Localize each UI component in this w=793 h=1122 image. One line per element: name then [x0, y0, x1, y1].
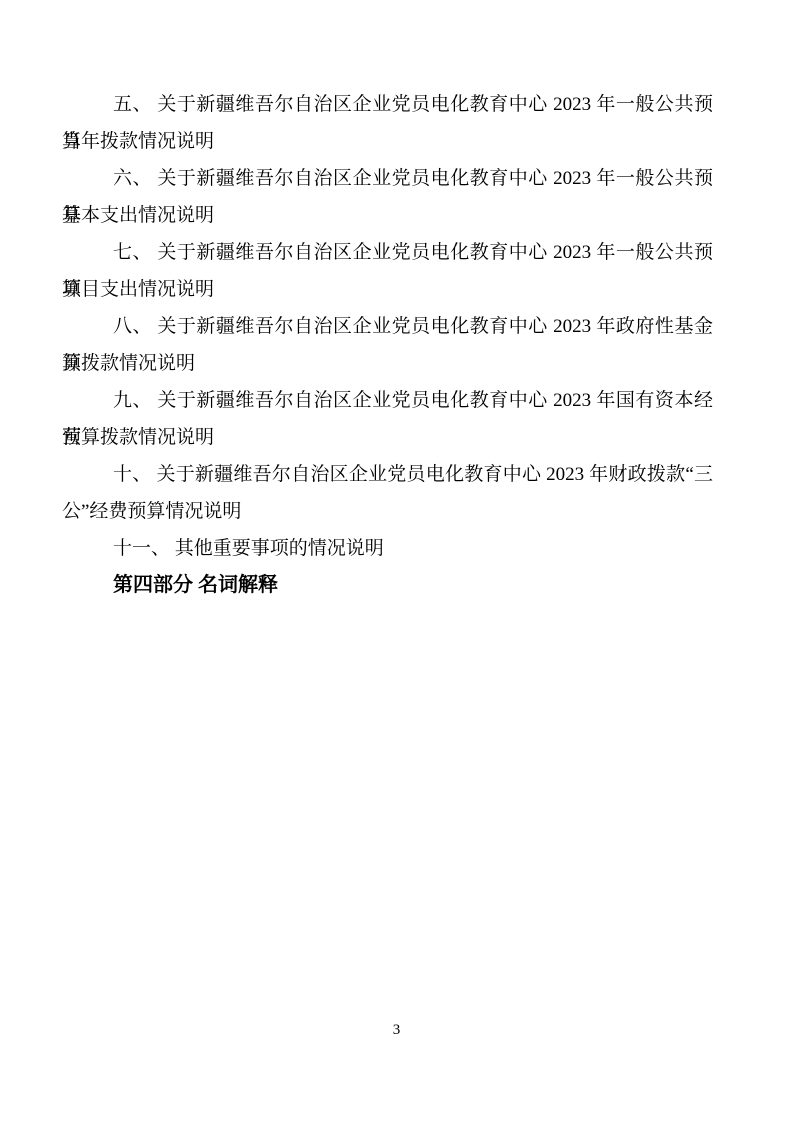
toc-item-11-line-1: 十一、 其他重要事项的情况说明: [62, 530, 713, 567]
toc-item-6-line-1: 六、 关于新疆维吾尔自治区企业党员电化教育中心 2023 年一般公共预算: [62, 160, 713, 197]
document-page: 五、 关于新疆维吾尔自治区企业党员电化教育中心 2023 年一般公共预算 当年拨…: [0, 0, 793, 1122]
page-number: 3: [0, 1020, 793, 1040]
section-heading: 第四部分 名词解释: [62, 567, 713, 604]
toc-item-10-line-2: 公”经费预算情况说明: [62, 493, 713, 530]
toc-item-10-line-1: 十、 关于新疆维吾尔自治区企业党员电化教育中心 2023 年财政拨款“三: [62, 456, 713, 493]
toc-item-7-line-1: 七、 关于新疆维吾尔自治区企业党员电化教育中心 2023 年一般公共预算: [62, 234, 713, 271]
toc-item-8-line-1: 八、 关于新疆维吾尔自治区企业党员电化教育中心 2023 年政府性基金预: [62, 308, 713, 345]
toc-item-5-line-1: 五、 关于新疆维吾尔自治区企业党员电化教育中心 2023 年一般公共预算: [62, 86, 713, 123]
toc-item-8-line-2: 算拨款情况说明: [62, 345, 713, 382]
table-of-contents: 五、 关于新疆维吾尔自治区企业党员电化教育中心 2023 年一般公共预算 当年拨…: [62, 86, 713, 604]
toc-item-5-line-2: 当年拨款情况说明: [62, 123, 713, 160]
toc-item-9-line-1: 九、 关于新疆维吾尔自治区企业党员电化教育中心 2023 年国有资本经营: [62, 382, 713, 419]
toc-item-7-line-2: 项目支出情况说明: [62, 271, 713, 308]
toc-item-6-line-2: 基本支出情况说明: [62, 197, 713, 234]
toc-item-9-line-2: 预算拨款情况说明: [62, 419, 713, 456]
